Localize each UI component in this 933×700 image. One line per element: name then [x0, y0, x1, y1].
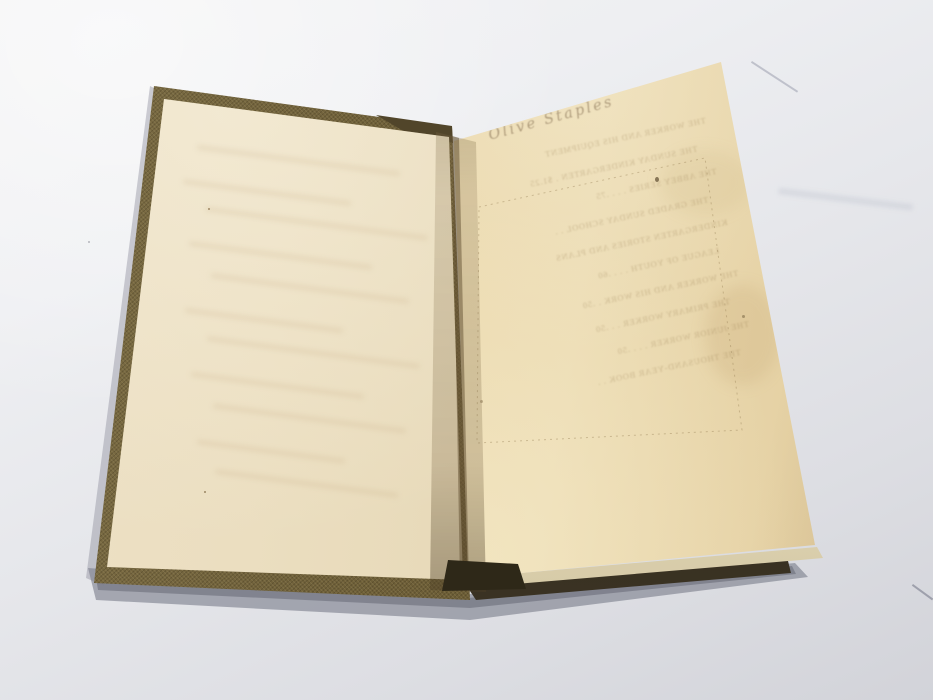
photo-open-book: THE WORKER AND HIS EQUIPMENT THE SUNDAY …	[0, 0, 933, 700]
dust-speck	[88, 241, 90, 243]
